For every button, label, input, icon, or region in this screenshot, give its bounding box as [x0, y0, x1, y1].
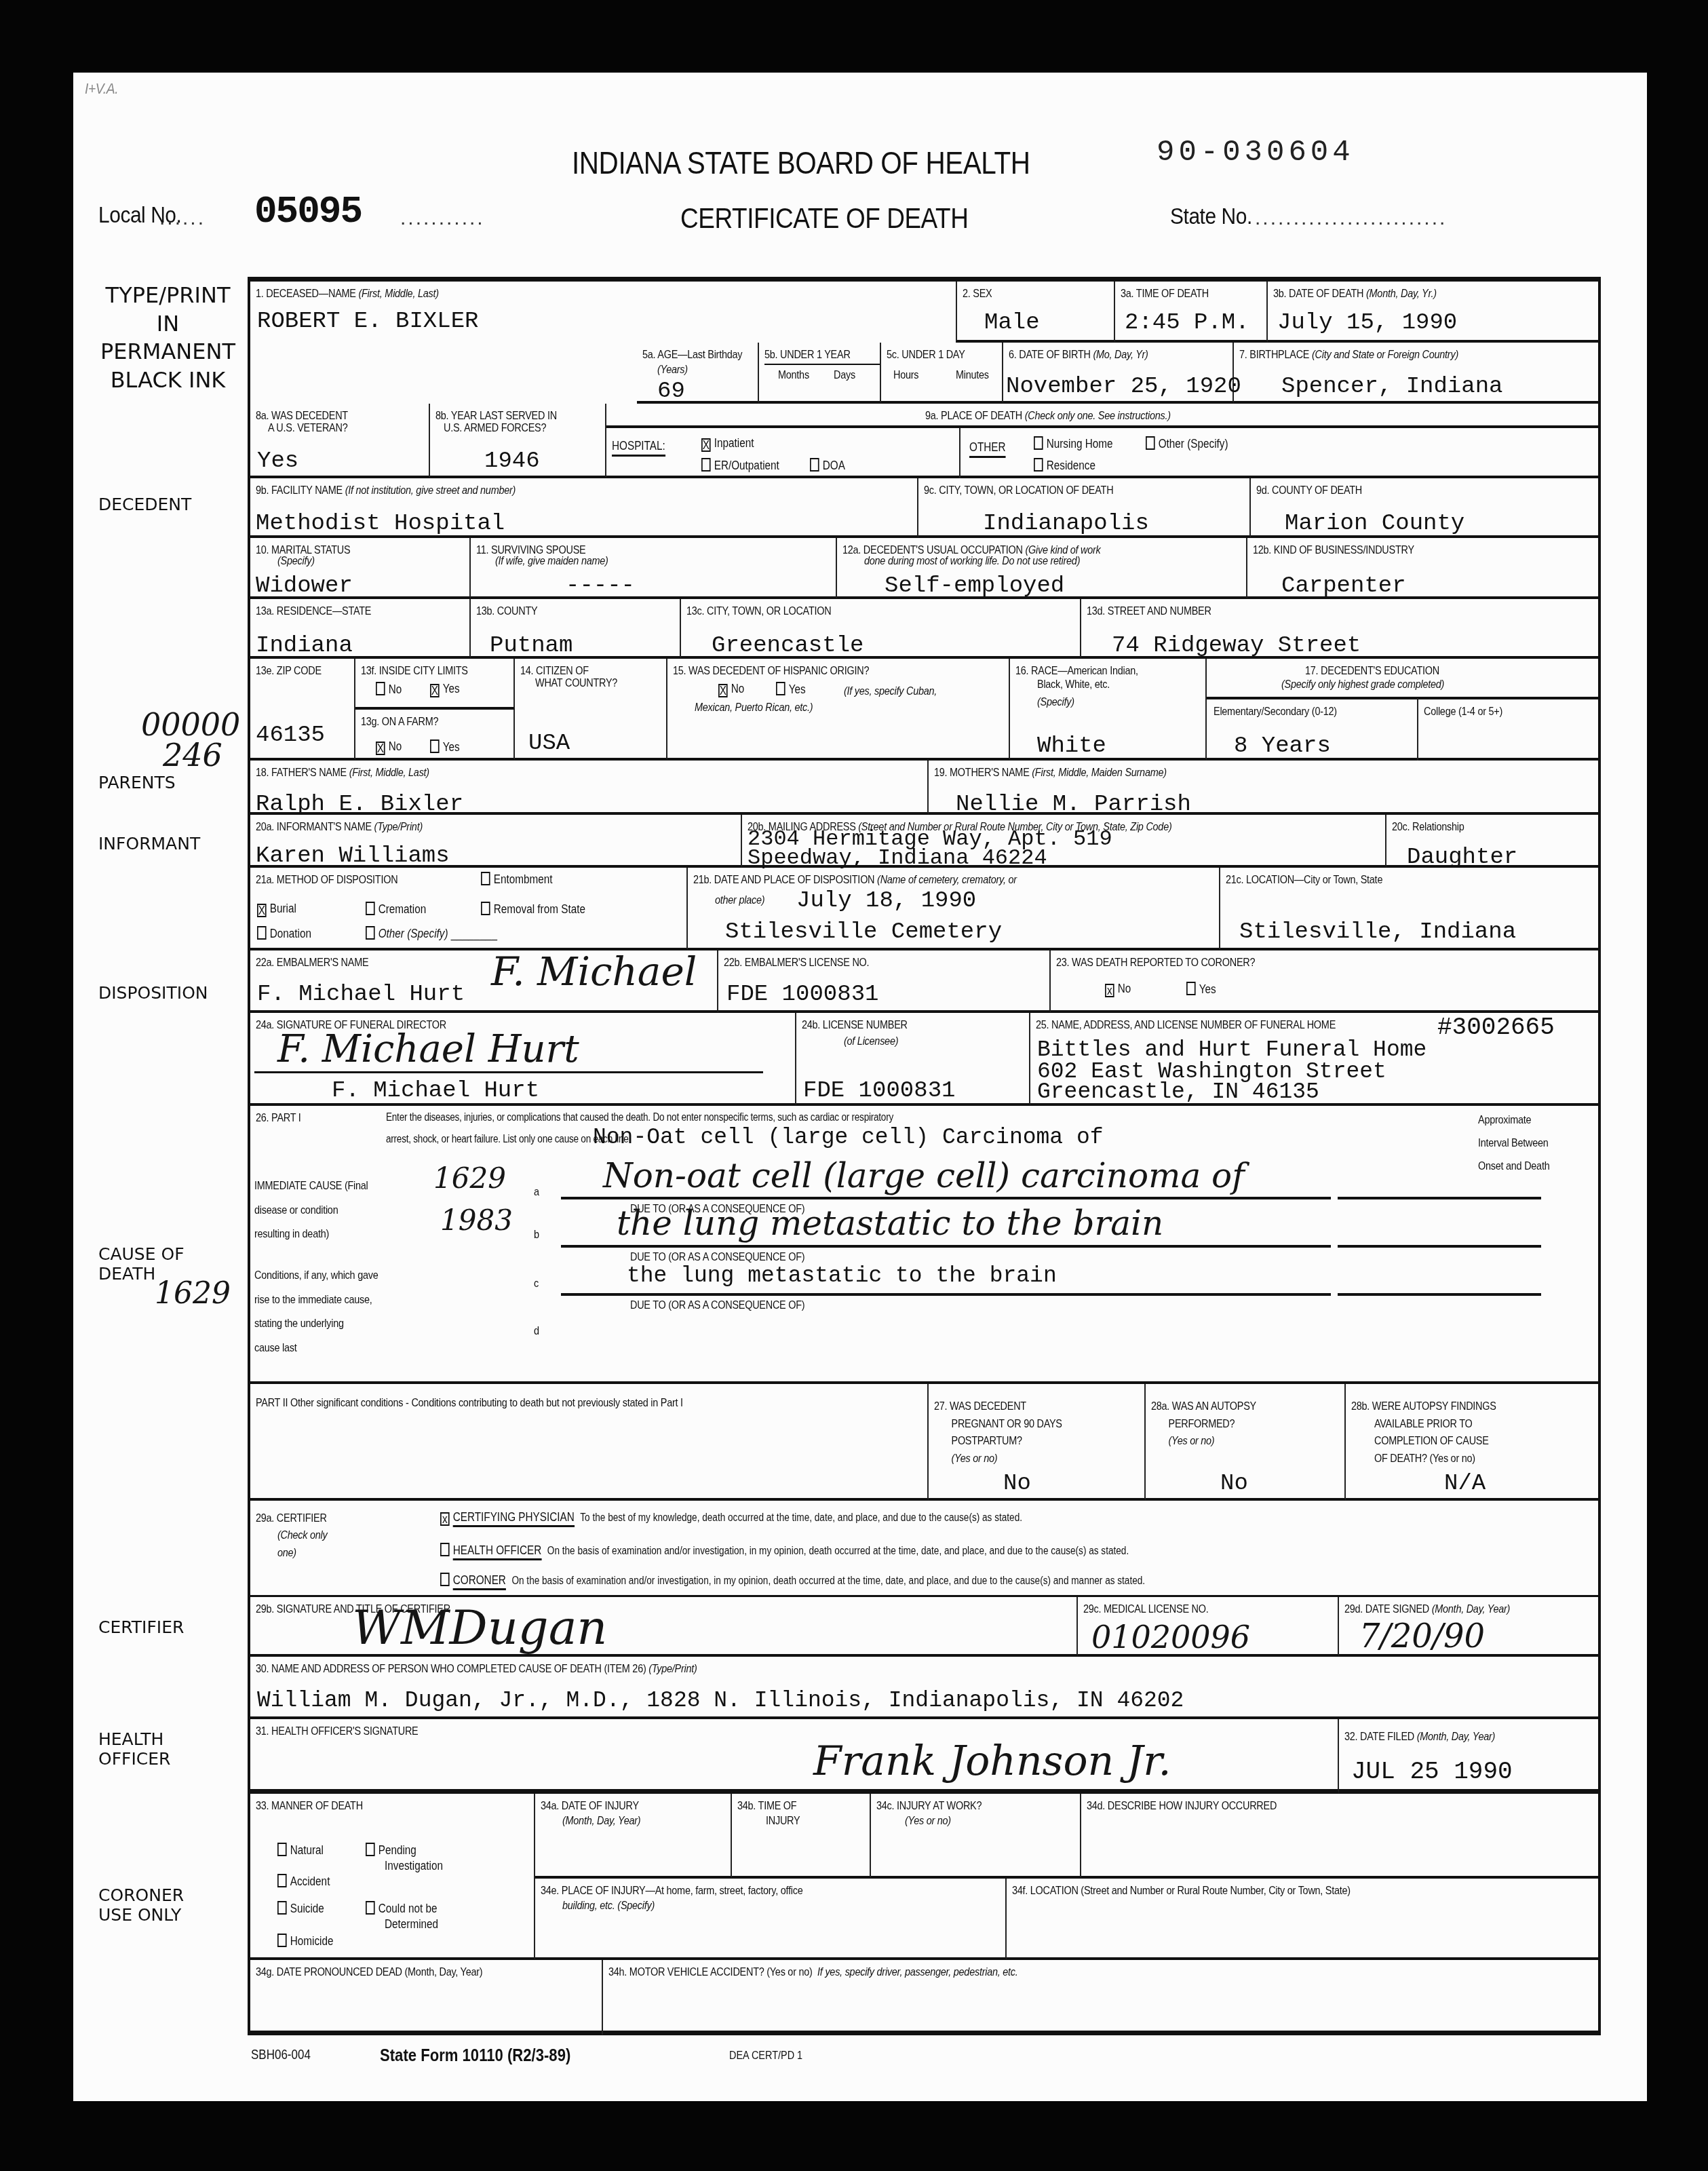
field-funeral-director-signature[interactable]: 24a. SIGNATURE OF FUNERAL DIRECTOR F. Mi… — [250, 1013, 796, 1106]
certificate-title: CERTIFICATE OF DEATH — [680, 202, 968, 235]
address-line-2: Speedway, Indiana 46224 — [748, 847, 1047, 869]
checkbox-coroner-yes[interactable]: Yes — [1186, 982, 1216, 997]
zip-value: 46135 — [256, 724, 325, 747]
cause-line-a-handwritten: Non-oat cell (large cell) carcinoma of — [603, 1159, 1245, 1193]
field-place-of-death[interactable]: 9a. PLACE OF DEATH (Check only one. See … — [606, 404, 1601, 478]
city-of-death-value: Indianapolis — [983, 512, 1149, 535]
field-father-name[interactable]: 18. FATHER'S NAME (First, Middle, Last) … — [250, 761, 929, 815]
field-medical-license[interactable]: 29c. MEDICAL LICENSE NO. 01020096 — [1078, 1597, 1339, 1657]
section-label-health-officer: HEALTH OFFICER — [98, 1730, 170, 1769]
checkbox-inpatient[interactable]: XInpatient — [701, 436, 754, 452]
section-label-decedent: DECEDENT — [98, 495, 191, 515]
field-city-of-death[interactable]: 9c. CITY, TOWN, OR LOCATION OF DEATH Ind… — [918, 478, 1251, 538]
checkbox-undetermined[interactable]: Could not be — [366, 1901, 437, 1916]
funeral-home-name: Bittles and Hurt Funeral Home — [1037, 1039, 1426, 1061]
checkbox-coroner-no[interactable]: xNo — [1105, 982, 1131, 997]
field-residence-county[interactable]: 13b. COUNTY Putnam — [471, 599, 681, 659]
checkbox-nursing-home[interactable]: Nursing Home — [1034, 436, 1112, 451]
county-of-death-value: Marion County — [1285, 512, 1464, 535]
birthplace-value: Spencer, Indiana — [1281, 375, 1502, 398]
deceased-name-value: ROBERT E. BIXLER — [257, 310, 478, 333]
field-industry[interactable]: 12b. KIND OF BUSINESS/INDUSTRY Carpenter — [1247, 538, 1601, 599]
field-injury-date[interactable]: 34a. DATE OF INJURY (Month, Day, Year) — [535, 1794, 732, 1879]
embalmer-name-value: F. Michael Hurt — [257, 983, 465, 1006]
facility-value: Methodist Hospital — [256, 512, 505, 535]
sex-value: Male — [984, 311, 1040, 334]
cause-typed-header: Non-Oat cell (large cell) Carcinoma of — [593, 1126, 1104, 1149]
field-relationship[interactable]: 20c. Relationship Daughter — [1386, 815, 1601, 868]
agency-title: INDIANA STATE BOARD OF HEALTH — [572, 145, 1030, 181]
findings-value: N/A — [1444, 1472, 1486, 1495]
field-zip-code[interactable]: 13e. ZIP CODE 46135 — [250, 659, 355, 761]
cause-code-a: 1629 — [433, 1164, 506, 1193]
checkbox-residence[interactable]: Residence — [1034, 458, 1095, 473]
field-injury-at-work[interactable]: 34c. INJURY AT WORK? (Yes or no) — [871, 1794, 1081, 1879]
residence-city-value: Greencastle — [712, 634, 863, 657]
form-name: State Form 10110 (R2/3-89) — [380, 2045, 570, 2066]
state-no-label: State No. — [1170, 204, 1252, 230]
other-label: OTHER — [969, 440, 1006, 458]
field-date-signed[interactable]: 29d. DATE SIGNED (Month, Day, Year) 7/20… — [1339, 1597, 1601, 1657]
date-signed-value: 7/20/90 — [1359, 1620, 1485, 1653]
pregnant-value: No — [1003, 1472, 1031, 1495]
section-label-certifier: CERTIFIER — [98, 1618, 184, 1638]
residence-state-value: Indiana — [256, 634, 353, 657]
field-funeral-home[interactable]: 25. NAME, ADDRESS, AND LICENSE NUMBER OF… — [1030, 1013, 1601, 1106]
section-label-parents: PARENTS — [98, 773, 176, 793]
field-birthplace[interactable]: 7. BIRTHPLACE (City and State or Foreign… — [1234, 343, 1601, 404]
checkbox-other-place[interactable]: Other (Specify) — [1146, 436, 1228, 451]
checkbox-doa[interactable]: DOA — [810, 458, 845, 473]
completed-by-value: William M. Dugan, Jr., M.D., 1828 N. Ill… — [257, 1689, 1184, 1712]
field-disposition-location[interactable]: 21c. LOCATION—City or Town, State Stiles… — [1220, 868, 1601, 950]
checkbox-removal[interactable]: Removal from State — [481, 902, 585, 917]
medical-license-value: 01020096 — [1091, 1621, 1250, 1653]
field-date-of-birth[interactable]: 6. DATE OF BIRTH (Mo, Day, Yr) November … — [1003, 343, 1234, 404]
field-date-of-death[interactable]: 3b. DATE OF DEATH (Month, Day, Yr.) July… — [1268, 282, 1601, 343]
field-health-officer-signature[interactable]: 31. HEALTH OFFICER'S SIGNATURE Frank Joh… — [250, 1719, 1339, 1794]
copy-designation: DEA CERT/PD 1 — [729, 2049, 802, 2062]
disposition-location-value: Stilesville, Indiana — [1239, 921, 1516, 944]
state-no-dots: ......................... — [1255, 207, 1447, 230]
field-occupation[interactable]: 12a. DECEDENT'S USUAL OCCUPATION (Give k… — [837, 538, 1247, 599]
field-surviving-spouse[interactable]: 11. SURVIVING SPOUSE (If wife, give maid… — [471, 538, 837, 599]
field-injury-place[interactable]: 34e. PLACE OF INJURY—At home, farm, stre… — [535, 1879, 1007, 1960]
field-autopsy-findings[interactable]: 28b. WERE AUTOPSY FINDINGS AVAILABLE PRI… — [1346, 1384, 1601, 1501]
field-embalmer-license[interactable]: 22b. EMBALMER'S LICENSE NO. FDE 1000831 — [718, 950, 1051, 1013]
elementary-value: 8 Years — [1234, 735, 1331, 758]
field-under-1-year[interactable]: 5b. UNDER 1 YEAR Months Days — [759, 343, 881, 404]
cause-line-b-handwritten: the lung metastatic to the brain — [617, 1206, 1163, 1240]
informant-name-value: Karen Williams — [256, 845, 450, 868]
section-label-disposition: DISPOSITION — [98, 984, 208, 1003]
instruction-label: TYPE/PRINT IN PERMANENT BLACK INK — [95, 282, 241, 394]
residence-county-value: Putnam — [490, 634, 572, 657]
field-hispanic-origin[interactable]: 15. WAS DECEDENT OF HISPANIC ORIGIN? XNo… — [667, 659, 1010, 761]
field-race[interactable]: 16. RACE—American Indian, Black, White, … — [1010, 659, 1207, 761]
field-certifier-type[interactable]: 29a. CERTIFIER (Check onlyone) xCERTIFYI… — [250, 1501, 1601, 1597]
checkbox-health-officer[interactable]: HEALTH OFFICER On the basis of examinati… — [440, 1543, 1129, 1558]
race-value: White — [1037, 735, 1106, 758]
embalmer-license-value: FDE 1000831 — [726, 983, 878, 1006]
citizen-value: USA — [528, 732, 570, 755]
veteran-value: Yes — [257, 450, 298, 473]
field-on-a-farm[interactable]: 13g. ON A FARM? XNo Yes — [355, 710, 515, 761]
field-time-of-death[interactable]: 3a. TIME OF DEATH 2:45 P.M. — [1115, 282, 1268, 343]
field-embalmer-name[interactable]: 22a. EMBALMER'S NAME F. Michael Hurt F. … — [250, 950, 718, 1013]
hospital-label: HOSPITAL: — [612, 439, 665, 457]
local-no-dots: ...... — [159, 207, 206, 230]
director-license-value: FDE 1000831 — [803, 1079, 955, 1102]
field-injury-description[interactable]: 34d. DESCRIBE HOW INJURY OCCURRED — [1081, 1794, 1601, 1879]
marital-value: Widower — [256, 575, 353, 598]
relationship-value: Daughter — [1407, 846, 1517, 869]
disposition-place-value: Stilesville Cemetery — [725, 921, 1002, 944]
undetermined-label-2: Determined — [385, 1917, 438, 1932]
state-number-stamp: 90-030604 — [1157, 136, 1355, 170]
embalmer-signature: F. Michael — [491, 952, 697, 991]
time-of-death-value: 2:45 P.M. — [1125, 311, 1249, 334]
field-cause-part-2[interactable]: PART II Other significant conditions - C… — [250, 1384, 929, 1501]
field-residence-state[interactable]: 13a. RESIDENCE—STATE Indiana — [250, 599, 471, 659]
local-number: 05095 — [254, 190, 362, 233]
spouse-value: ----- — [566, 575, 635, 598]
field-certifier-signature[interactable]: 29b. SIGNATURE AND TITLE OF CERTIFIER WM… — [250, 1597, 1078, 1657]
death-certificate-form: 1. DECEASED—NAME (First, Middle, Last) R… — [248, 277, 1601, 2035]
checkbox-other-disposition[interactable]: Other (Specify) ________ — [366, 926, 497, 941]
date-filed-value: JUL 25 1990 — [1351, 1760, 1513, 1784]
checkbox-natural[interactable]: Natural — [277, 1843, 324, 1858]
form-code: SBH06-004 — [251, 2048, 311, 2063]
date-of-death-value: July 15, 1990 — [1277, 311, 1457, 334]
occupation-value: Self-employed — [885, 575, 1064, 598]
checkbox-homicide[interactable]: Homicide — [277, 1934, 333, 1948]
residence-street-value: 74 Ridgeway Street — [1112, 634, 1361, 657]
dob-value: November 25, 1920 — [1006, 375, 1241, 398]
industry-value: Carpenter — [1281, 575, 1406, 598]
mother-value: Nellie M. Parrish — [956, 793, 1191, 816]
field-pregnant[interactable]: 27. WAS DECEDENT PREGNANT OR 90 DAYS POS… — [929, 1384, 1146, 1501]
checkbox-entombment[interactable]: Entombment — [481, 872, 552, 887]
field-completed-by[interactable]: 30. NAME AND ADDRESS OF PERSON WHO COMPL… — [250, 1657, 1601, 1719]
funeral-home-license-value: #3002665 — [1437, 1016, 1555, 1040]
field-date-pronounced-dead[interactable]: 34g. DATE PRONOUNCED DEAD (Month, Day, Y… — [250, 1960, 603, 2035]
field-under-1-day[interactable]: 5c. UNDER 1 DAY Hours Minutes — [881, 343, 1003, 404]
field-sex[interactable]: 2. SEX Male — [956, 282, 1115, 343]
field-date-filed[interactable]: 32. DATE FILED (Month, Day, Year) JUL 25… — [1339, 1719, 1601, 1794]
checkbox-accident[interactable]: Accident — [277, 1874, 330, 1889]
field-education[interactable]: 17. DECEDENT'S EDUCATION (Specify only h… — [1207, 659, 1601, 761]
field-injury-time[interactable]: 34b. TIME OF INJURY — [732, 1794, 871, 1879]
field-county-of-death[interactable]: 9d. COUNTY OF DEATH Marion County — [1251, 478, 1601, 538]
checkbox-pending[interactable]: Pending — [366, 1843, 416, 1858]
checkbox-cremation[interactable]: Cremation — [366, 902, 426, 917]
corner-note: I+V.A. — [85, 80, 118, 98]
checkbox-certifying-physician[interactable]: xCERTIFYING PHYSICIAN To the best of my … — [440, 1510, 1022, 1526]
margin-code-bottom: 246 — [163, 739, 222, 771]
funeral-home-city: Greencastle, IN 46135 — [1037, 1081, 1319, 1103]
field-age[interactable]: 5a. AGE—Last Birthday (Years) 69 — [637, 343, 759, 404]
field-marital-status[interactable]: 10. MARITAL STATUS (Specify) Widower — [250, 538, 471, 599]
field-cause-part-1[interactable]: 26. PART I Enter the diseases, injuries,… — [250, 1106, 1601, 1384]
field-residence-street[interactable]: 13d. STREET AND NUMBER 74 Ridgeway Stree… — [1081, 599, 1601, 659]
field-deceased-name[interactable]: 1. DECEASED—NAME (First, Middle, Last) R… — [250, 282, 956, 343]
field-informant-name[interactable]: 20a. INFORMANT'S NAME (Type/Print) Karen… — [250, 815, 742, 868]
field-manner-of-death[interactable]: 33. MANNER OF DEATH Natural Pending Inve… — [250, 1794, 535, 1960]
year-served-value: 1946 — [484, 450, 540, 473]
field-mother-name[interactable]: 19. MOTHER'S NAME (First, Middle, Maiden… — [929, 761, 1601, 815]
checkbox-er-outpatient[interactable]: ER/Outpatient — [701, 458, 779, 473]
field-residence-city[interactable]: 13c. CITY, TOWN, OR LOCATION Greencastle — [681, 599, 1081, 659]
cause-line-c-typed: the lung metastatic to the brain — [627, 1265, 1057, 1287]
father-value: Ralph E. Bixler — [256, 793, 463, 816]
field-motor-vehicle-accident[interactable]: 34h. MOTOR VEHICLE ACCIDENT? (Yes or no)… — [603, 1960, 1601, 2035]
age-value: 69 — [657, 380, 685, 403]
margin-cause-code: 1629 — [155, 1279, 231, 1309]
director-signature: F. Michael Hurt — [277, 1031, 579, 1069]
local-no-dots-trail: ........... — [400, 207, 485, 230]
checkbox-donation[interactable]: Donation — [257, 926, 311, 941]
field-injury-location[interactable]: 34f. LOCATION (Street and Number or Rura… — [1007, 1879, 1601, 1960]
checkbox-suicide[interactable]: Suicide — [277, 1901, 324, 1916]
cause-code-b: 1983 — [440, 1206, 513, 1235]
field-informant-address[interactable]: 20b. MAILING ADDRESS (Street and Number … — [742, 815, 1386, 868]
checkbox-coroner[interactable]: CORONER On the basis of examination and/… — [440, 1573, 1145, 1588]
field-date-place-of-disposition[interactable]: 21b. DATE AND PLACE OF DISPOSITION (Name… — [688, 868, 1220, 950]
certifier-signature: WMDugan — [352, 1604, 607, 1651]
health-officer-signature: Frank Johnson Jr. — [813, 1741, 1171, 1782]
field-inside-city-limits[interactable]: 13f. INSIDE CITY LIMITS No XYes — [355, 659, 515, 710]
field-director-license[interactable]: 24b. LICENSE NUMBER (of Licensee) FDE 10… — [796, 1013, 1030, 1106]
field-autopsy[interactable]: 28a. WAS AN AUTOPSY PERFORMED? (Yes or n… — [1146, 1384, 1346, 1501]
margin-code-top: 00000 — [141, 709, 240, 740]
field-year-last-served[interactable]: 8b. YEAR LAST SERVED IN U.S. ARMED FORCE… — [430, 404, 606, 478]
disposition-date-value: July 18, 1990 — [796, 889, 976, 912]
field-reported-to-coroner[interactable]: 23. WAS DEATH REPORTED TO CORONER? xNo Y… — [1051, 950, 1601, 1013]
director-name-value: F. Michael Hurt — [332, 1079, 539, 1102]
field-citizenship[interactable]: 14. CITIZEN OF WHAT COUNTRY? USA — [515, 659, 667, 761]
autopsy-value: No — [1220, 1472, 1248, 1495]
field-veteran[interactable]: 8a. WAS DECEDENT A U.S. VETERAN? Yes — [250, 404, 430, 478]
checkbox-burial[interactable]: XBurial — [257, 902, 296, 917]
section-label-coroner: CORONER USE ONLY — [98, 1886, 184, 1925]
section-label-informant: INFORMANT — [98, 834, 200, 854]
field-method-of-disposition[interactable]: 21a. METHOD OF DISPOSITION Entombment XB… — [250, 868, 688, 950]
pending-label-2: Investigation — [385, 1859, 443, 1873]
field-facility-name[interactable]: 9b. FACILITY NAME (If not institution, g… — [250, 478, 918, 538]
